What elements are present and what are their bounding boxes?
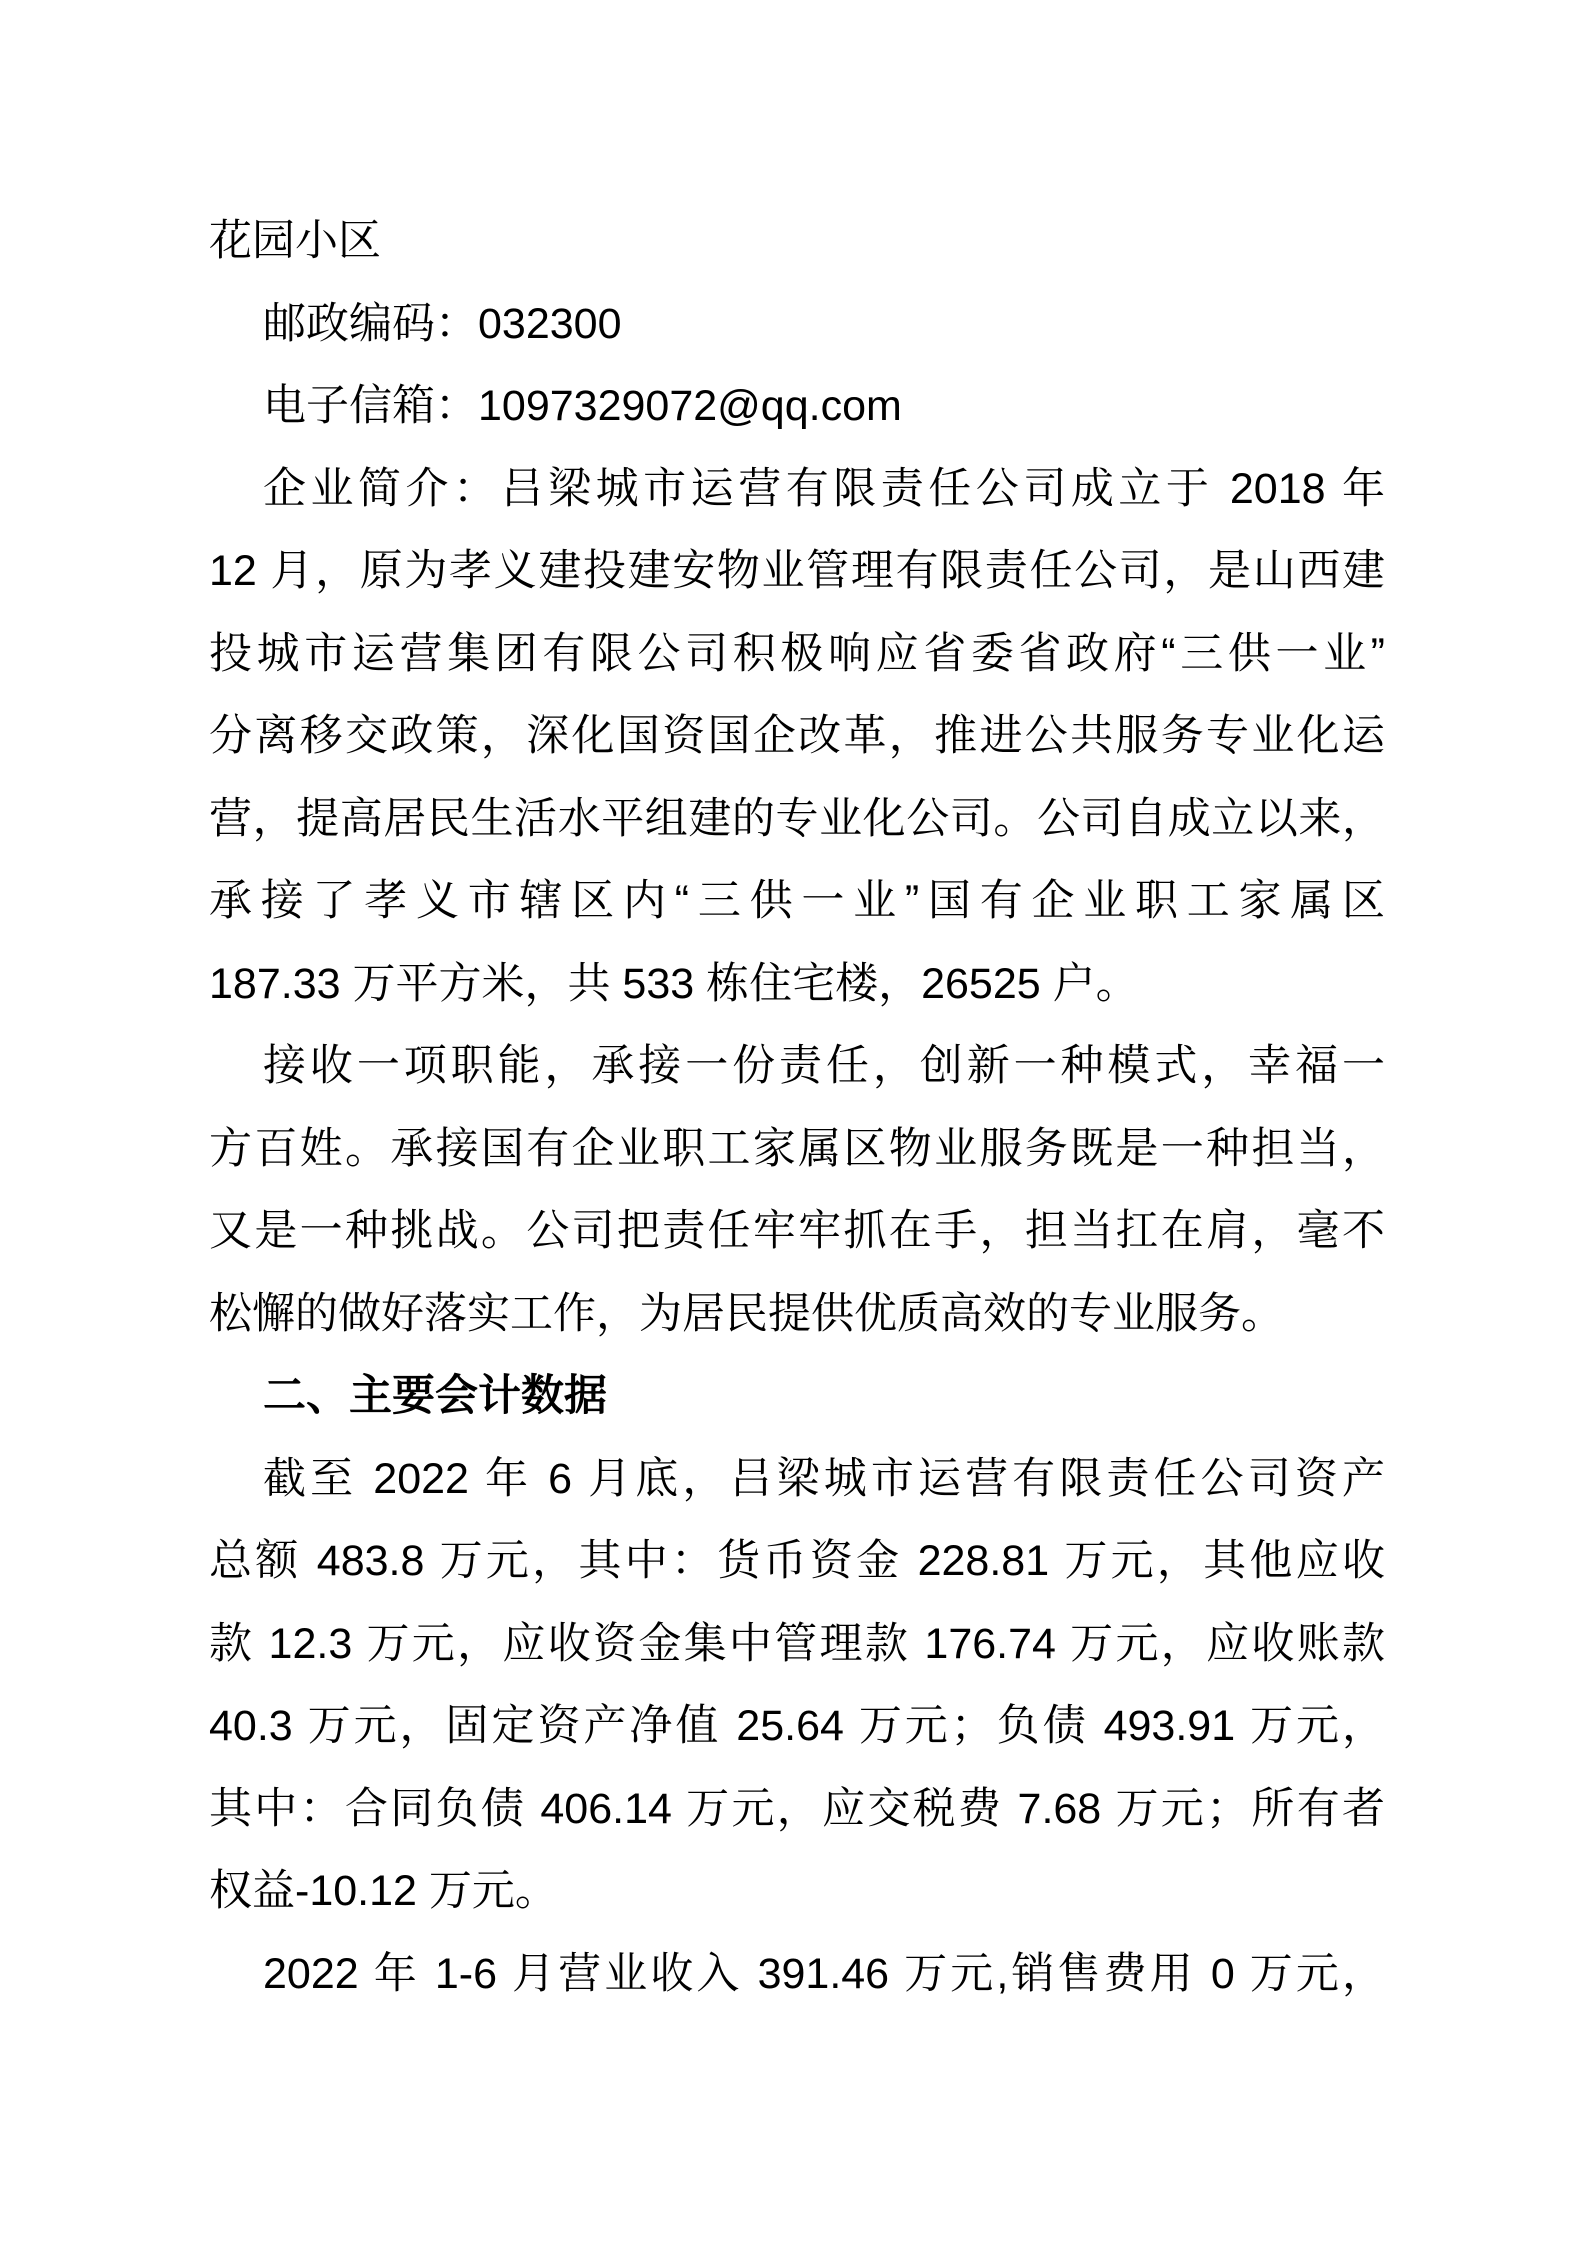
document-line: 其中：合同负债 406.14 万元，应交税费 7.68 万元；所有者: [209, 1768, 1385, 1851]
document-line: 又是一种挑战。公司把责任牢牢抓在手，担当扛在肩，毫不: [209, 1190, 1385, 1273]
document-line: 方百姓。承接国有企业职工家属区物业服务既是一种担当，: [209, 1108, 1385, 1191]
document-line: 2022 年 1-6 月营业收入 391.46 万元,销售费用 0 万元，: [209, 1933, 1385, 2016]
document-line: 松懈的做好落实工作，为居民提供优质高效的专业服务。: [209, 1273, 1385, 1356]
document-line: 承接了孝义市辖区内“三供一业”国有企业职工家属区: [209, 860, 1385, 943]
document-line: 187.33 万平方米，共 533 栋住宅楼，26525 户。: [209, 943, 1385, 1026]
document-line: 款 12.3 万元，应收资金集中管理款 176.74 万元，应收账款: [209, 1603, 1385, 1686]
document-line: 40.3 万元，固定资产净值 25.64 万元；负债 493.91 万元，: [209, 1685, 1385, 1768]
document-content: 花园小区邮政编码：032300电子信箱：1097329072@qq.com企业简…: [209, 200, 1385, 2015]
document-line: 总额 483.8 万元，其中：货币资金 228.81 万元，其他应收: [209, 1520, 1385, 1603]
document-line: 企业简介：吕梁城市运营有限责任公司成立于 2018 年: [209, 448, 1385, 531]
document-page: 花园小区邮政编码：032300电子信箱：1097329072@qq.com企业简…: [0, 0, 1587, 2245]
document-line: 权益-10.12 万元。: [209, 1850, 1385, 1933]
document-line: 分离移交政策，深化国资国企改革，推进公共服务专业化运: [209, 695, 1385, 778]
document-line: 花园小区: [209, 200, 1385, 283]
document-line: 12 月，原为孝义建投建安物业管理有限责任公司，是山西建: [209, 530, 1385, 613]
document-line: 投城市运营集团有限公司积极响应省委省政府“三供一业”: [209, 613, 1385, 696]
document-line: 邮政编码：032300: [209, 283, 1385, 366]
document-line: 截至 2022 年 6 月底，吕梁城市运营有限责任公司资产: [209, 1438, 1385, 1521]
document-line: 电子信箱：1097329072@qq.com: [209, 365, 1385, 448]
document-line: 接收一项职能，承接一份责任，创新一种模式，幸福一: [209, 1025, 1385, 1108]
document-line: 营，提高居民生活水平组建的专业化公司。公司自成立以来，: [209, 778, 1385, 861]
section-heading: 二、主要会计数据: [209, 1355, 1385, 1438]
